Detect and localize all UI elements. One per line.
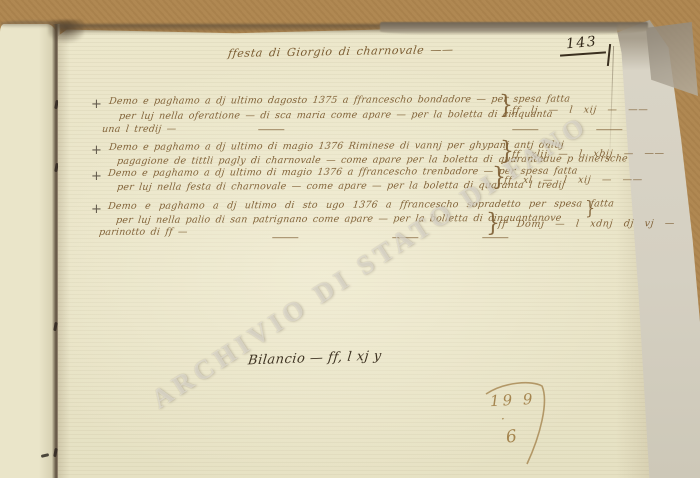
entry-amount: ff Domj — l xdnj dj vj —	[497, 218, 675, 230]
ledger-dash: —	[271, 231, 300, 244]
entry-line: parinotto di ff —	[98, 227, 188, 238]
entry-cross-marker: +	[91, 169, 102, 184]
entry-cross-marker: +	[91, 97, 102, 112]
archival-number-2: 6	[505, 426, 519, 447]
ledger-dash: —	[511, 123, 540, 136]
pencil-flourish	[470, 376, 560, 468]
entry-line: una l tredij —	[101, 124, 177, 135]
entry-line: per luj nella festa di charnovale — come…	[116, 180, 565, 193]
ledger-dash: —	[391, 231, 420, 244]
entry-line: per luj nella oferatione — di sca maria …	[118, 109, 553, 122]
archival-number: 19 9	[490, 390, 536, 410]
ledger-dash: —	[481, 231, 510, 244]
page-top-edge-dark	[380, 22, 648, 35]
ledger-dash: —	[257, 123, 286, 136]
folio-number: 143	[565, 34, 598, 53]
entry-cross-marker: +	[91, 143, 102, 158]
entry-brace: }	[585, 197, 595, 219]
entry-cross-marker: +	[91, 202, 102, 217]
ledger-dash: —	[595, 123, 624, 136]
previous-page-edge	[0, 24, 57, 478]
manuscript-photo: ffesta di Giorgio di charnovale —— 143 +…	[0, 0, 700, 478]
pencil-tick: ·	[501, 412, 505, 426]
